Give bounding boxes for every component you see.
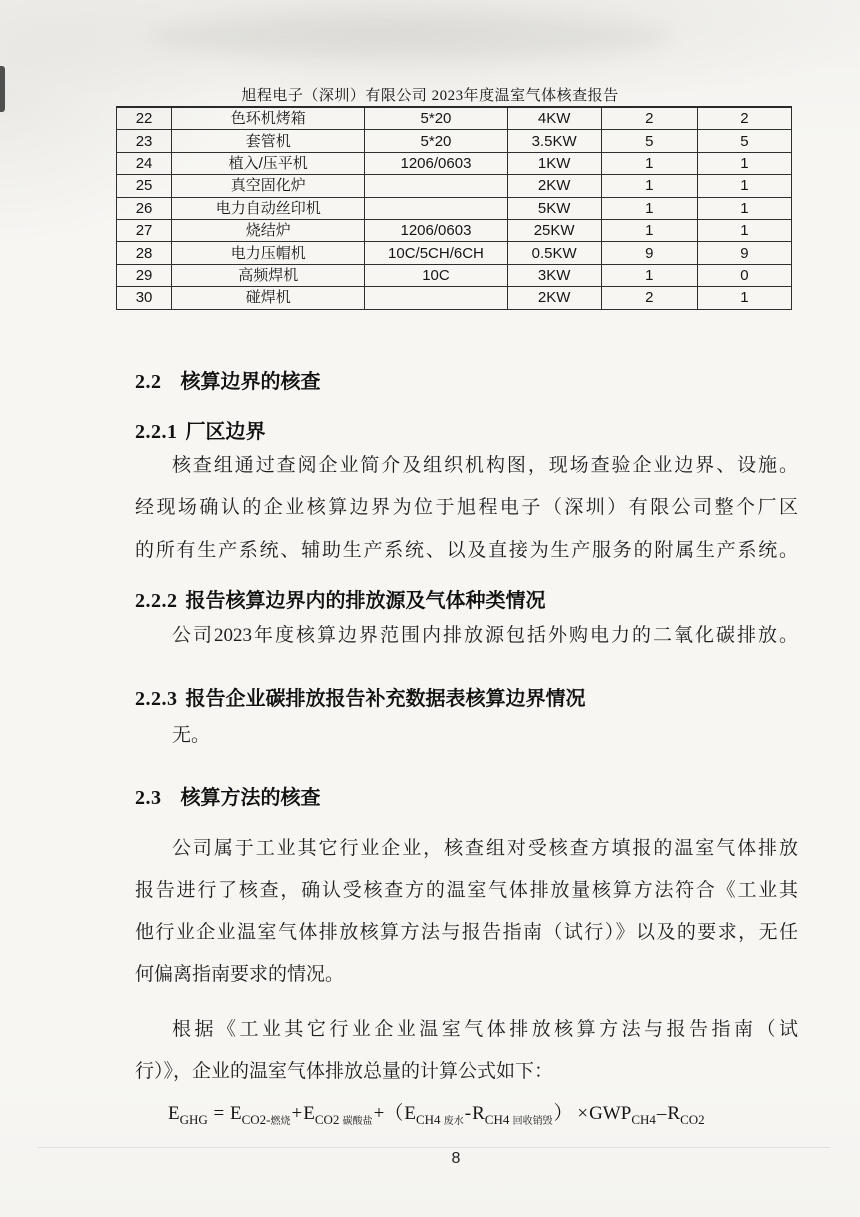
section-heading-2-2-3: 2.2.3报告企业碳排放报告补充数据表核算边界情况	[135, 682, 805, 711]
section-number: 2.2.3	[135, 688, 178, 710]
table-cell: 23	[117, 130, 172, 152]
table-cell: 5*20	[365, 130, 507, 152]
paragraph-method-line4: 何偏离指南要求的情况。	[135, 962, 798, 988]
section-title: 核算方法的核查	[181, 787, 321, 809]
page-number: 8	[26, 1150, 860, 1168]
table-cell: 28	[117, 242, 172, 264]
table-cell: 24	[117, 152, 172, 174]
table-cell: 9	[601, 242, 697, 264]
table-cell: 26	[117, 197, 172, 219]
table-cell: 套管机	[172, 130, 365, 152]
table-cell: 电力自动丝印机	[172, 197, 365, 219]
table-cell: 1	[601, 197, 697, 219]
formula-operator: -	[464, 1103, 472, 1124]
section-title: 报告企业碳排放报告补充数据表核算边界情况	[186, 688, 586, 710]
equipment-table-container: 22色环机烤箱5*204KW2223套管机5*203.5KW5524植入/压平机…	[116, 106, 792, 310]
formula-term: ECO2-燃烧	[230, 1103, 291, 1124]
table-cell: 2	[601, 107, 697, 130]
section-number: 2.2	[135, 371, 162, 393]
scan-faint-line-artifact	[38, 1147, 830, 1148]
table-cell: 4KW	[507, 107, 601, 130]
table-cell: 电力压帽机	[172, 242, 365, 264]
paragraph-emission-sources: 公司2023年度核算边界范围内排放源包括外购电力的二氧化碳排放。	[135, 623, 798, 649]
section-title: 核算边界的核查	[181, 371, 321, 393]
formula-operator: ） ×	[553, 1103, 589, 1124]
table-cell: 5*20	[365, 107, 507, 130]
table-cell: 1	[697, 287, 791, 309]
scanned-report-page: 旭程电子（深圳）有限公司 2023年度温室气体核查报告 22色环机烤箱5*204…	[0, 0, 860, 1217]
paragraph-formula-intro-line1: 根据《工业其它行业企业温室气体排放核算方法与报告指南（试	[135, 1017, 798, 1043]
table-row: 28电力压帽机10C/5CH/6CH0.5KW99	[117, 242, 792, 264]
section-heading-2-2-1: 2.2.1厂区边界	[135, 415, 805, 444]
formula-term: ECH4 废水	[404, 1103, 463, 1124]
table-row: 22色环机烤箱5*204KW22	[117, 107, 792, 130]
section-title: 厂区边界	[186, 421, 266, 443]
paragraph-boundary-line2: 经现场确认的企业核算边界为位于旭程电子（深圳）有限公司整个厂区	[135, 495, 798, 521]
table-cell: 2	[601, 287, 697, 309]
table-cell: 1	[697, 175, 791, 197]
page-header-title: 旭程电子（深圳）有限公司 2023年度温室气体核查报告	[0, 84, 860, 105]
table-cell: 3.5KW	[507, 130, 601, 152]
table-cell: 1	[697, 197, 791, 219]
paragraph-method-line2: 报告进行了核查，确认受核查方的温室气体排放量核算方法符合《工业其	[135, 878, 798, 904]
formula-term: RCH4 回收销毁	[472, 1103, 553, 1124]
table-row: 29高频焊机10C3KW10	[117, 264, 792, 286]
table-cell: 1	[601, 264, 697, 286]
ghg-formula: EGHG = ECO2-燃烧+ECO2 碳酸盐+（ECH4 废水-RCH4 回收…	[168, 1098, 768, 1125]
table-cell: 1206/0603	[365, 152, 507, 174]
table-cell: 10C/5CH/6CH	[365, 242, 507, 264]
formula-operator: =	[208, 1103, 230, 1124]
table-cell: 0.5KW	[507, 242, 601, 264]
table-row: 25真空固化炉2KW11	[117, 175, 792, 197]
paragraph-supplementary-none: 无。	[135, 723, 798, 749]
formula-term: RCO2	[667, 1103, 704, 1124]
table-cell: 1206/0603	[365, 219, 507, 241]
formula-term: EGHG	[168, 1103, 208, 1124]
table-cell: 3KW	[507, 264, 601, 286]
paragraph-formula-intro-line2: 行）》，企业的温室气体排放总量的计算公式如下：	[135, 1059, 798, 1085]
table-cell: 1	[697, 219, 791, 241]
table-cell: 色环机烤箱	[172, 107, 365, 130]
table-cell: 1	[601, 152, 697, 174]
table-cell: 29	[117, 264, 172, 286]
table-cell: 27	[117, 219, 172, 241]
table-cell: 30	[117, 287, 172, 309]
section-heading-2-2: 2.2核算边界的核查	[135, 365, 805, 394]
section-number: 2.2.2	[135, 590, 178, 612]
table-cell: 9	[697, 242, 791, 264]
table-cell: 25KW	[507, 219, 601, 241]
table-row: 27烧结炉1206/060325KW11	[117, 219, 792, 241]
table-cell: 5	[697, 130, 791, 152]
table-cell: 22	[117, 107, 172, 130]
table-cell: 1	[697, 152, 791, 174]
table-cell: 碰焊机	[172, 287, 365, 309]
table-cell	[365, 287, 507, 309]
paragraph-method-line1: 公司属于工业其它行业企业，核查组对受核查方填报的温室气体排放	[135, 836, 798, 862]
table-cell: 5	[601, 130, 697, 152]
table-cell	[365, 175, 507, 197]
table-cell: 1KW	[507, 152, 601, 174]
paragraph-boundary-line3: 的所有生产系统、辅助生产系统、以及直接为生产服务的附属生产系统。	[135, 538, 798, 564]
table-row: 23套管机5*203.5KW55	[117, 130, 792, 152]
table-cell: 0	[697, 264, 791, 286]
table-cell: 1	[601, 175, 697, 197]
section-number: 2.3	[135, 787, 162, 809]
equipment-table-body: 22色环机烤箱5*204KW2223套管机5*203.5KW5524植入/压平机…	[117, 107, 792, 309]
formula-operator: –	[656, 1103, 668, 1124]
section-title: 报告核算边界内的排放源及气体种类情况	[186, 590, 546, 612]
scan-smudge-artifact	[150, 14, 670, 60]
table-row: 30碰焊机2KW21	[117, 287, 792, 309]
formula-operator: +（	[373, 1103, 405, 1124]
table-cell	[365, 197, 507, 219]
paragraph-boundary-line1: 核查组通过查阅企业简介及组织机构图，现场查验企业边界、设施。	[135, 453, 798, 479]
table-cell: 10C	[365, 264, 507, 286]
table-cell: 真空固化炉	[172, 175, 365, 197]
table-cell: 植入/压平机	[172, 152, 365, 174]
table-cell: 1	[601, 219, 697, 241]
formula-term: GWPCH4	[589, 1103, 656, 1124]
table-row: 24植入/压平机1206/06031KW11	[117, 152, 792, 174]
table-cell: 5KW	[507, 197, 601, 219]
table-cell: 2KW	[507, 287, 601, 309]
table-cell: 烧结炉	[172, 219, 365, 241]
table-row: 26电力自动丝印机5KW11	[117, 197, 792, 219]
section-heading-2-2-2: 2.2.2报告核算边界内的排放源及气体种类情况	[135, 584, 805, 613]
table-cell: 25	[117, 175, 172, 197]
paragraph-method-line3: 他行业企业温室气体排放核算方法与报告指南（试行）》以及的要求，无任	[135, 920, 798, 946]
table-cell: 2KW	[507, 175, 601, 197]
formula-operator: +	[291, 1103, 304, 1124]
section-number: 2.2.1	[135, 421, 178, 443]
section-heading-2-3: 2.3核算方法的核查	[135, 781, 805, 810]
table-cell: 2	[697, 107, 791, 130]
equipment-table: 22色环机烤箱5*204KW2223套管机5*203.5KW5524植入/压平机…	[116, 106, 792, 310]
formula-term: ECO2 碳酸盐	[303, 1103, 372, 1124]
table-cell: 高频焊机	[172, 264, 365, 286]
